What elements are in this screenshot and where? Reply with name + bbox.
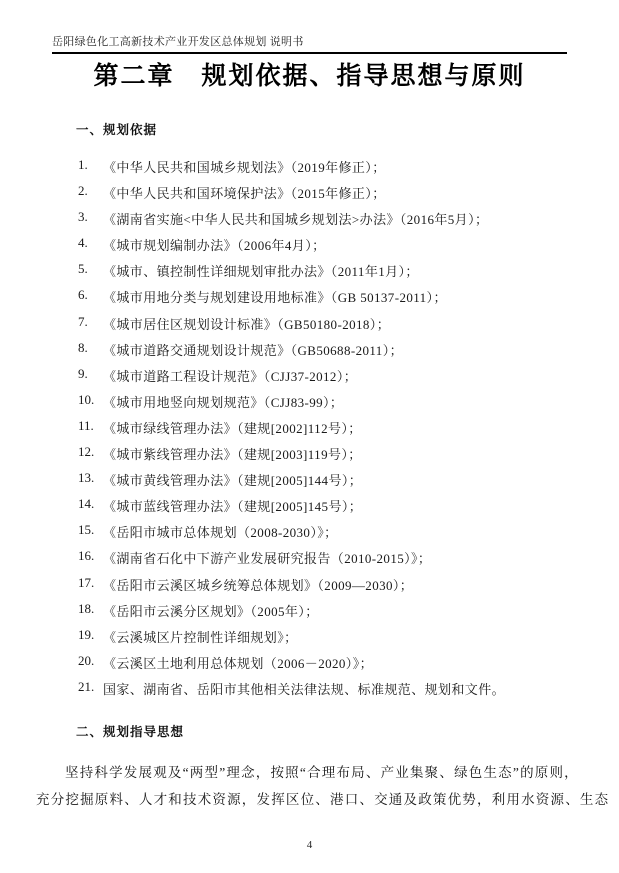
list-item: 5. 《城市、镇控制性详细规划审批办法》（2011年1月）； (78, 261, 583, 287)
list-item: 4. 《城市规划编制办法》（2006年4月）； (78, 235, 583, 261)
item-number: 13. (78, 470, 103, 486)
list-item: 12. 《城市紫线管理办法》（建规[2003]119号）； (78, 444, 583, 470)
guiding-paragraph-line-2: 充分挖掘原料、人才和技术资源，发挥区位、港口、交通及政策优势，利用水资源、生态 (36, 788, 584, 808)
item-number: 10. (78, 392, 103, 408)
item-text: 《湖南省石化中下游产业发展研究报告（2010-2015）》； (103, 548, 431, 567)
item-text: 《云溪城区片控制性详细规划》； (103, 627, 298, 646)
item-number: 7. (78, 314, 103, 330)
list-item: 11. 《城市绿线管理办法》（建规[2002]112号）； (78, 418, 583, 444)
list-item: 20. 《云溪区土地利用总体规划（2006－2020）》； (78, 653, 583, 679)
list-item: 9. 《城市道路工程设计规范》（CJJ37-2012）； (78, 366, 583, 392)
item-text: 《中华人民共和国城乡规划法》（2019年修正）； (103, 157, 386, 176)
item-text: 《云溪区土地利用总体规划（2006－2020）》； (103, 653, 373, 672)
item-number: 19. (78, 627, 103, 643)
item-text: 《城市黄线管理办法》（建规[2005]144号）； (103, 470, 362, 489)
section-heading-basis: 一、规划依据 (76, 120, 157, 138)
section-heading-guiding: 二、规划指导思想 (76, 722, 184, 740)
item-text: 《中华人民共和国环境保护法》（2015年修正）； (103, 183, 386, 202)
item-text: 《城市、镇控制性详细规划审批办法》（2011年1月）； (103, 261, 419, 280)
item-number: 5. (78, 261, 103, 277)
item-text: 《城市规划编制办法》（2006年4月）； (103, 235, 326, 254)
item-number: 15. (78, 522, 103, 538)
page-number: 4 (0, 839, 619, 851)
item-number: 11. (78, 418, 103, 434)
item-text: 《城市居住区规划设计标准》（GB50180-2018）； (103, 314, 390, 333)
list-item: 3. 《湖南省实施<中华人民共和国城乡规划法>办法》（2016年5月）； (78, 209, 583, 235)
item-number: 14. (78, 496, 103, 512)
list-item: 13. 《城市黄线管理办法》（建规[2005]144号）； (78, 470, 583, 496)
item-number: 4. (78, 235, 103, 251)
item-text: 《城市道路工程设计规范》（CJJ37-2012）； (103, 366, 357, 385)
item-text: 《城市用地分类与规划建设用地标准》（GB 50137-2011）； (103, 287, 447, 306)
list-item: 21. 国家、湖南省、岳阳市其他相关法律法规、标准规范、规划和文件。 (78, 679, 583, 705)
item-number: 8. (78, 340, 103, 356)
item-number: 12. (78, 444, 103, 460)
item-text: 《城市紫线管理办法》（建规[2003]119号）； (103, 444, 362, 463)
list-item: 19. 《云溪城区片控制性详细规划》； (78, 627, 583, 653)
list-item: 14. 《城市蓝线管理办法》（建规[2005]145号）； (78, 496, 583, 522)
item-text: 《岳阳市城市总体规划（2008-2030）》； (103, 522, 338, 541)
item-number: 2. (78, 183, 103, 199)
item-number: 20. (78, 653, 103, 669)
list-item: 10. 《城市用地竖向规划规范》（CJJ83-99）； (78, 392, 583, 418)
item-text: 《城市道路交通规划设计规范》（GB50688-2011）； (103, 340, 403, 359)
item-number: 17. (78, 575, 103, 591)
list-item: 15. 《岳阳市城市总体规划（2008-2030）》； (78, 522, 583, 548)
item-number: 9. (78, 366, 103, 382)
list-item: 6. 《城市用地分类与规划建设用地标准》（GB 50137-2011）； (78, 287, 583, 313)
list-item: 8. 《城市道路交通规划设计规范》（GB50688-2011）； (78, 340, 583, 366)
item-number: 6. (78, 287, 103, 303)
item-text: 《岳阳市云溪分区规划》（2005年）； (103, 601, 319, 620)
item-text: 《城市蓝线管理办法》（建规[2005]145号）； (103, 496, 362, 515)
document-page: 岳阳绿色化工高新技术产业开发区总体规划 说明书 第二章 规划依据、指导思想与原则… (0, 0, 619, 873)
list-item: 7. 《城市居住区规划设计标准》（GB50180-2018）； (78, 314, 583, 340)
item-text: 国家、湖南省、岳阳市其他相关法律法规、标准规范、规划和文件。 (103, 679, 505, 698)
chapter-title: 第二章 规划依据、指导思想与原则 (0, 56, 619, 92)
list-item: 17. 《岳阳市云溪区城乡统筹总体规划》（2009—2030）； (78, 575, 583, 601)
list-item: 2. 《中华人民共和国环境保护法》（2015年修正）； (78, 183, 583, 209)
list-item: 18. 《岳阳市云溪分区规划》（2005年）； (78, 601, 583, 627)
reference-list: 1. 《中华人民共和国城乡规划法》（2019年修正）； 2. 《中华人民共和国环… (78, 157, 583, 705)
item-text: 《城市用地竖向规划规范》（CJJ83-99）； (103, 392, 343, 411)
item-number: 3. (78, 209, 103, 225)
page-header-text: 岳阳绿色化工高新技术产业开发区总体规划 说明书 (52, 36, 304, 48)
page-header: 岳阳绿色化工高新技术产业开发区总体规划 说明书 (52, 33, 567, 54)
list-item: 16. 《湖南省石化中下游产业发展研究报告（2010-2015）》； (78, 548, 583, 574)
item-text: 《岳阳市云溪区城乡统筹总体规划》（2009—2030）； (103, 575, 413, 594)
item-text: 《城市绿线管理办法》（建规[2002]112号）； (103, 418, 362, 437)
item-number: 21. (78, 679, 103, 695)
list-item: 1. 《中华人民共和国城乡规划法》（2019年修正）； (78, 157, 583, 183)
item-text: 《湖南省实施<中华人民共和国城乡规划法>办法》（2016年5月）； (103, 209, 488, 228)
item-number: 18. (78, 601, 103, 617)
item-number: 1. (78, 157, 103, 173)
item-number: 16. (78, 548, 103, 564)
guiding-paragraph-line-1: 坚持科学发展观及“两型”理念，按照“合理布局、产业集聚、绿色生态”的原则， (36, 761, 584, 781)
